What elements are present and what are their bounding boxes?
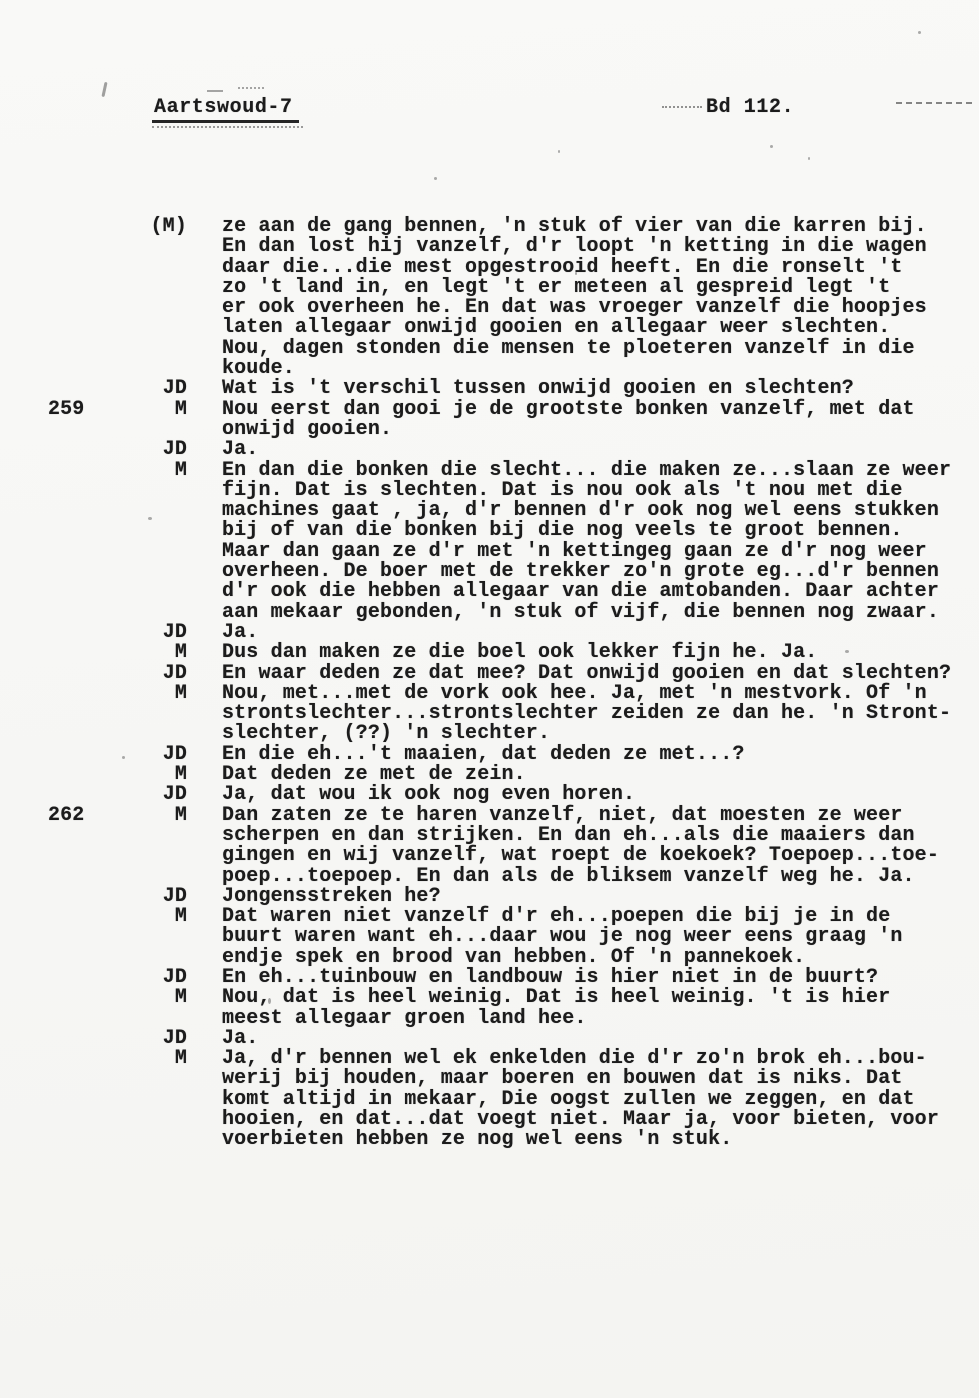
- utterance-text: En eh...tuinbouw en landbouw is hier nie…: [222, 968, 878, 988]
- transcript-turn: M Dat waren niet vanzelf d'r eh...poepen…: [0, 907, 979, 968]
- margin-number: 262: [0, 806, 110, 826]
- utterance-text: Ja.: [222, 623, 258, 643]
- transcript-turn: JD Wat is 't verschil tussen onwijd gooi…: [0, 379, 979, 399]
- transcript-turn: 262 M Dan zaten ze te haren vanzelf, nie…: [0, 806, 979, 887]
- ink-speck: [268, 998, 271, 1004]
- speaker-label: JD: [110, 1029, 187, 1049]
- speaker-label: JD: [110, 379, 187, 399]
- transcript-turn: (M) ze aan de gang bennen, 'n stuk of vi…: [0, 217, 979, 379]
- scan-artifact-dots: [662, 106, 702, 108]
- speaker-label: M: [110, 1049, 187, 1069]
- transcript-turn: JD En die eh...'t maaien, dat deden ze m…: [0, 745, 979, 765]
- ink-speck: [558, 150, 560, 153]
- utterance-text: Dan zaten ze te haren vanzelf, niet, dat…: [222, 806, 939, 887]
- speaker-label: M: [110, 461, 187, 481]
- speaker-label: JD: [110, 440, 187, 460]
- utterance-text: Ja.: [222, 1029, 258, 1049]
- transcript-turn: M En dan die bonken die slecht... die ma…: [0, 461, 979, 623]
- transcript-turn: 259 M Nou eerst dan gooi je de grootste …: [0, 400, 979, 441]
- speaker-label: M: [110, 400, 187, 420]
- speaker-label: JD: [110, 745, 187, 765]
- utterance-text: En waar deden ze dat mee? Dat onwijd goo…: [222, 664, 951, 684]
- transcript-turn: M Nou, met...met de vork ook hee. Ja, me…: [0, 684, 979, 745]
- utterance-text: En die eh...'t maaien, dat deden ze met.…: [222, 745, 745, 765]
- transcript-turn: JD Ja.: [0, 623, 979, 643]
- utterance-text: ze aan de gang bennen, 'n stuk of vier v…: [222, 217, 927, 379]
- utterance-text: Nou, met...met de vork ook hee. Ja, met …: [222, 684, 951, 745]
- transcript-turn: JD Ja.: [0, 1029, 979, 1049]
- utterance-text: Dat waren niet vanzelf d'r eh...poepen d…: [222, 907, 903, 968]
- utterance-text: Ja, d'r bennen wel ek enkelden die d'r z…: [222, 1049, 939, 1150]
- speaker-label: JD: [110, 968, 187, 988]
- utterance-text: Dus dan maken ze die boel ook lekker fij…: [222, 643, 817, 663]
- utterance-text: En dan die bonken die slecht... die make…: [222, 461, 951, 623]
- speaker-label: M: [110, 684, 187, 704]
- utterance-text: Nou, dat is heel weinig. Dat is heel wei…: [222, 988, 890, 1029]
- utterance-text: Ja, dat wou ik ook nog even horen.: [222, 785, 635, 805]
- speaker-label: JD: [110, 664, 187, 684]
- utterance-text: Dat deden ze met de zein.: [222, 765, 526, 785]
- page-reference: Bd 112.: [706, 96, 794, 119]
- transcript-turn: JD En eh...tuinbouw en landbouw is hier …: [0, 968, 979, 988]
- scanned-transcript-page: Aartswoud-7 Bd 112. (M) ze aan de gang b…: [0, 0, 979, 1398]
- ink-speck: [845, 650, 849, 653]
- ink-speck: [434, 177, 437, 180]
- speaker-label: (M): [110, 217, 187, 237]
- ink-speck: [122, 756, 125, 759]
- speaker-label: M: [110, 765, 187, 785]
- ink-speck: [918, 31, 921, 34]
- utterance-text: Jongensstreken he?: [222, 887, 441, 907]
- speaker-label: M: [110, 988, 187, 1008]
- speaker-label: JD: [110, 785, 187, 805]
- transcript-turn: M Ja, d'r bennen wel ek enkelden die d'r…: [0, 1049, 979, 1150]
- margin-number: 259: [0, 400, 110, 420]
- ink-speck: [101, 82, 107, 97]
- document-title: Aartswoud-7: [152, 96, 299, 123]
- transcript: (M) ze aan de gang bennen, 'n stuk of vi…: [0, 217, 979, 1151]
- speaker-label: JD: [110, 623, 187, 643]
- utterance-text: Wat is 't verschil tussen onwijd gooien …: [222, 379, 854, 399]
- ink-speck: [148, 517, 152, 520]
- transcript-turn: M Dat deden ze met de zein.: [0, 765, 979, 785]
- transcript-turn: M Nou, dat is heel weinig. Dat is heel w…: [0, 988, 979, 1029]
- ink-speck: [808, 157, 810, 160]
- speaker-label: JD: [110, 887, 187, 907]
- utterance-text: Nou eerst dan gooi je de grootste bonken…: [222, 400, 915, 441]
- transcript-turn: JD En waar deden ze dat mee? Dat onwijd …: [0, 664, 979, 684]
- scan-artifact-dashes: [207, 90, 223, 92]
- transcript-turn: JD Ja, dat wou ik ook nog even horen.: [0, 785, 979, 805]
- transcript-turn: M Dus dan maken ze die boel ook lekker f…: [0, 643, 979, 663]
- transcript-turn: JD Jongensstreken he?: [0, 887, 979, 907]
- ink-speck: [770, 145, 773, 148]
- speaker-label: M: [110, 907, 187, 927]
- scan-artifact-dashed-line: [896, 102, 972, 104]
- speaker-label: M: [110, 643, 187, 663]
- speaker-label: M: [110, 806, 187, 826]
- utterance-text: Ja.: [222, 440, 258, 460]
- ink-speck: [575, 272, 577, 275]
- scan-artifact-dashes: [238, 87, 264, 89]
- transcript-turn: JD Ja.: [0, 440, 979, 460]
